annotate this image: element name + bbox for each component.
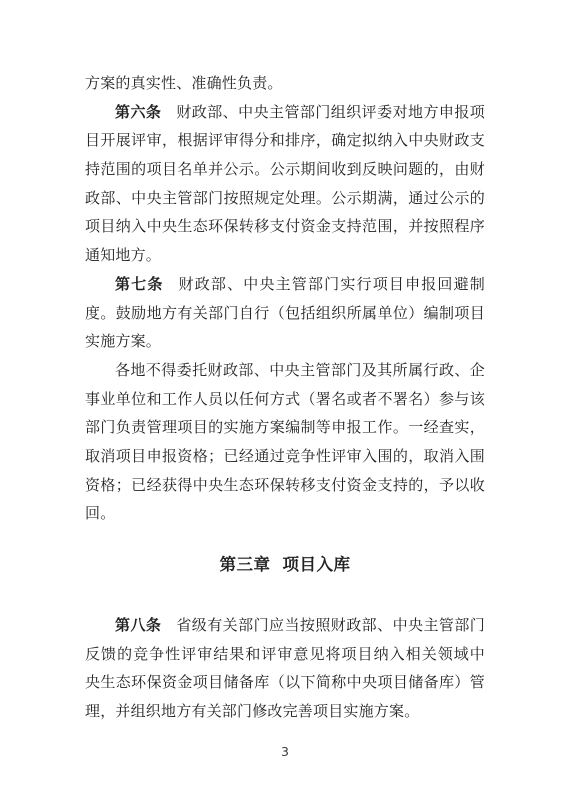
text-line: 方案的真实性、准确性负责。 bbox=[85, 70, 485, 99]
article-text: 财政部、中央主管部门组织评委对地方申报项 bbox=[176, 105, 485, 121]
text-line: 资格；已经获得中央生态环保转移支付资金支持的，予以收 bbox=[85, 472, 485, 501]
text-line: 实施方案。 bbox=[85, 328, 485, 357]
text-line: 政部、中央主管部门按照规定处理。公示期满，通过公示的 bbox=[85, 185, 485, 214]
article-text: 财政部、中央主管部门实行项目申报回避制 bbox=[179, 277, 485, 293]
text-line: 持范围的项目名单并公示。公示期间收到反映问题的，由财 bbox=[85, 156, 485, 185]
text-line: 各地不得委托财政部、中央主管部门及其所属行政、企 bbox=[85, 357, 485, 386]
body-text-block-lower: 第八条省级有关部门应当按照财政部、中央主管部门反馈的竞争性评审结果和评审意见将项… bbox=[85, 612, 485, 727]
article-text: 省级有关部门应当按照财政部、中央主管部门 bbox=[176, 618, 485, 634]
text-line: 通知地方。 bbox=[85, 242, 485, 271]
text-line: 第七条财政部、中央主管部门实行项目申报回避制 bbox=[85, 271, 485, 300]
text-line: 事业单位和工作人员以任何方式（署名或者不署名）参与该 bbox=[85, 386, 485, 415]
article-number: 第六条 bbox=[115, 105, 161, 121]
chapter-heading: 第三章 项目入库 bbox=[85, 550, 485, 579]
text-line: 目开展评审，根据评审得分和排序，确定拟纳入中央财政支 bbox=[85, 127, 485, 156]
text-line: 部门负责管理项目的实施方案编制等申报工作。一经查实， bbox=[85, 414, 485, 443]
article-number: 第七条 bbox=[115, 277, 164, 293]
text-line: 第六条财政部、中央主管部门组织评委对地方申报项 bbox=[85, 99, 485, 128]
text-line: 项目纳入中央生态环保转移支付资金支持范围，并按照程序 bbox=[85, 213, 485, 242]
document-page: 方案的真实性、准确性负责。第六条财政部、中央主管部门组织评委对地方申报项目开展评… bbox=[0, 0, 568, 802]
text-line: 央生态环保资金项目储备库（以下简称中央项目储备库）管 bbox=[85, 669, 485, 698]
text-line: 理，并组织地方有关部门修改完善项目实施方案。 bbox=[85, 698, 485, 727]
page-number: 3 bbox=[85, 744, 485, 759]
text-line: 度。鼓励地方有关部门自行（包括组织所属单位）编制项目 bbox=[85, 300, 485, 329]
article-number: 第八条 bbox=[115, 618, 161, 634]
text-line: 回。 bbox=[85, 500, 485, 529]
body-text-block-upper: 方案的真实性、准确性负责。第六条财政部、中央主管部门组织评委对地方申报项目开展评… bbox=[85, 70, 485, 529]
document-content: 方案的真实性、准确性负责。第六条财政部、中央主管部门组织评委对地方申报项目开展评… bbox=[0, 0, 568, 759]
text-line: 取消项目申报资格；已经通过竞争性评审入围的，取消入围 bbox=[85, 443, 485, 472]
text-line: 反馈的竞争性评审结果和评审意见将项目纳入相关领域中 bbox=[85, 641, 485, 670]
text-line: 第八条省级有关部门应当按照财政部、中央主管部门 bbox=[85, 612, 485, 641]
